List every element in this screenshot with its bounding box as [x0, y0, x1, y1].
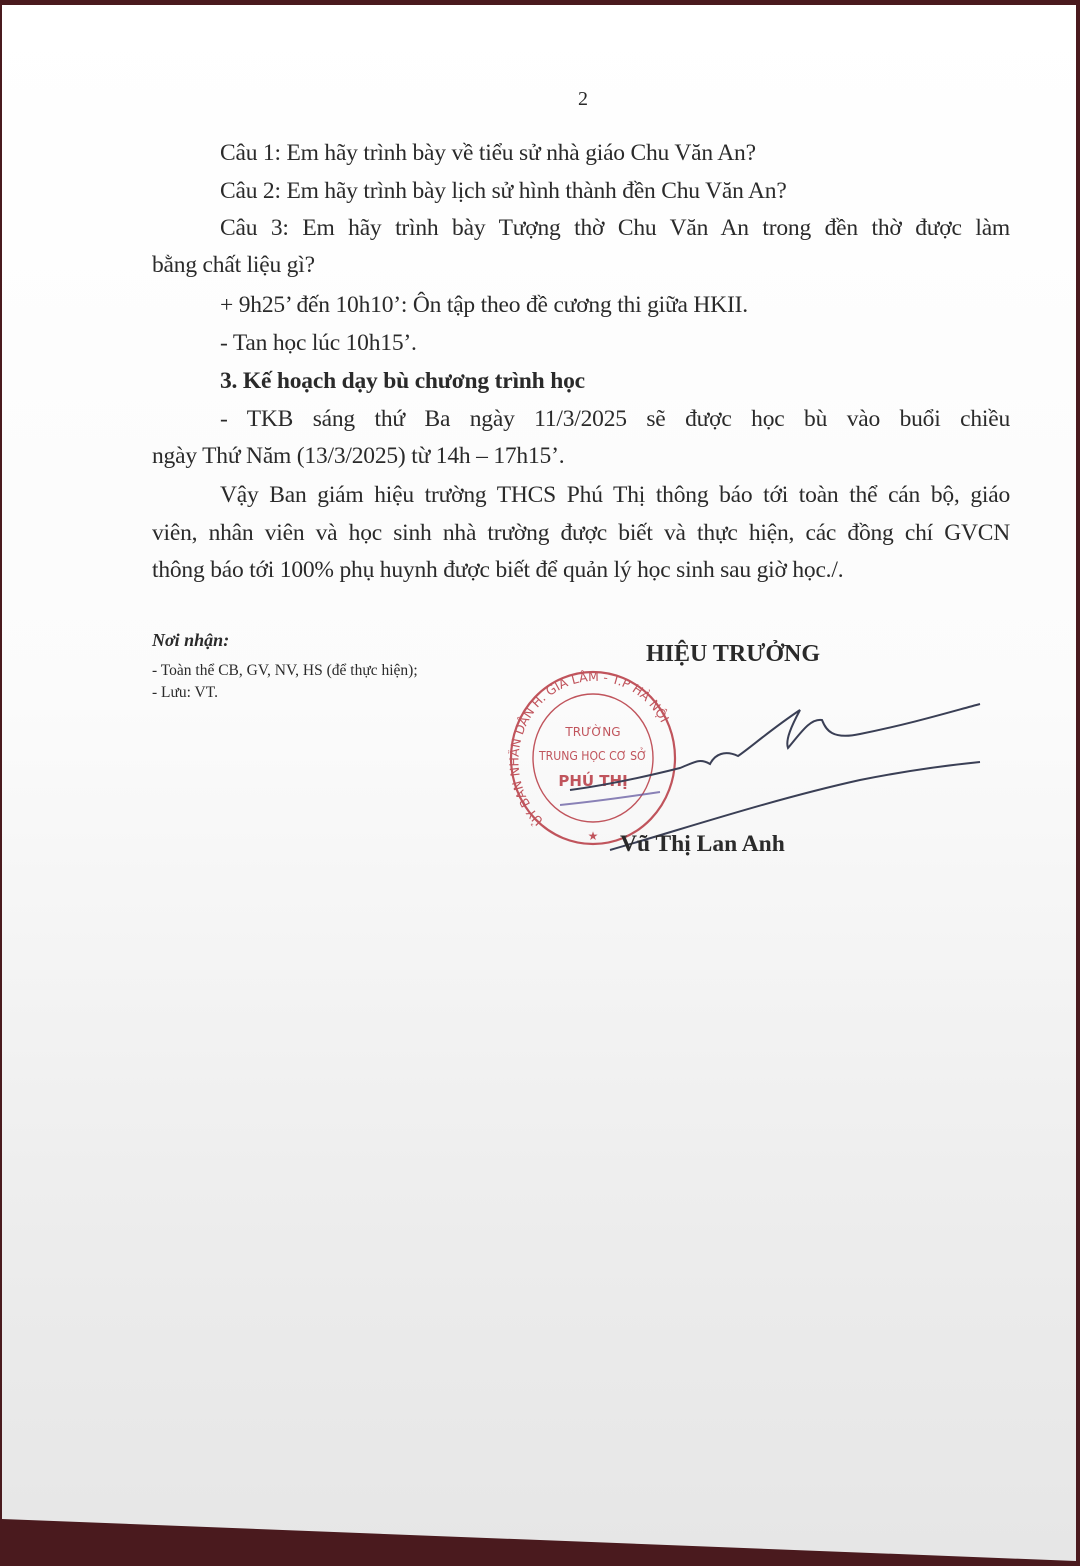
section-3-line-2: ngày Thứ Năm (13/3/2025) từ 14h – 17h15’… — [152, 443, 564, 470]
closing-line-1: Vậy Ban giám hiệu trường THCS Phú Thị th… — [220, 482, 1010, 509]
question-3-cont: bằng chất liệu gì? — [152, 252, 315, 279]
closing-line-2: viên, nhân viên và học sinh nhà trường đ… — [152, 520, 1010, 547]
signer-title: HIỆU TRƯỞNG — [646, 641, 820, 668]
recipients-title: Nơi nhận: — [152, 630, 229, 651]
recipient-item: - Toàn thể CB, GV, NV, HS (để thực hiện)… — [152, 662, 418, 680]
schedule-review: + 9h25’ đến 10h10’: Ôn tập theo đề cương… — [220, 292, 748, 319]
question-2: Câu 2: Em hãy trình bày lịch sử hình thà… — [220, 178, 787, 205]
closing-line-3: thông báo tới 100% phụ huynh được biết đ… — [152, 557, 843, 584]
section-3-heading: 3. Kế hoạch dạy bù chương trình học — [220, 368, 585, 395]
question-1: Câu 1: Em hãy trình bày về tiểu sử nhà g… — [220, 140, 756, 167]
question-3: Câu 3: Em hãy trình bày Tượng thờ Chu Vă… — [220, 215, 1010, 242]
signer-name: Vũ Thị Lan Anh — [620, 831, 785, 858]
schedule-dismissal: - Tan học lúc 10h15’. — [220, 330, 417, 357]
recipient-item: - Lưu: VT. — [152, 684, 218, 702]
section-3-line-1: - TKB sáng thứ Ba ngày 11/3/2025 sẽ được… — [220, 406, 1010, 433]
page-number: 2 — [578, 88, 588, 111]
